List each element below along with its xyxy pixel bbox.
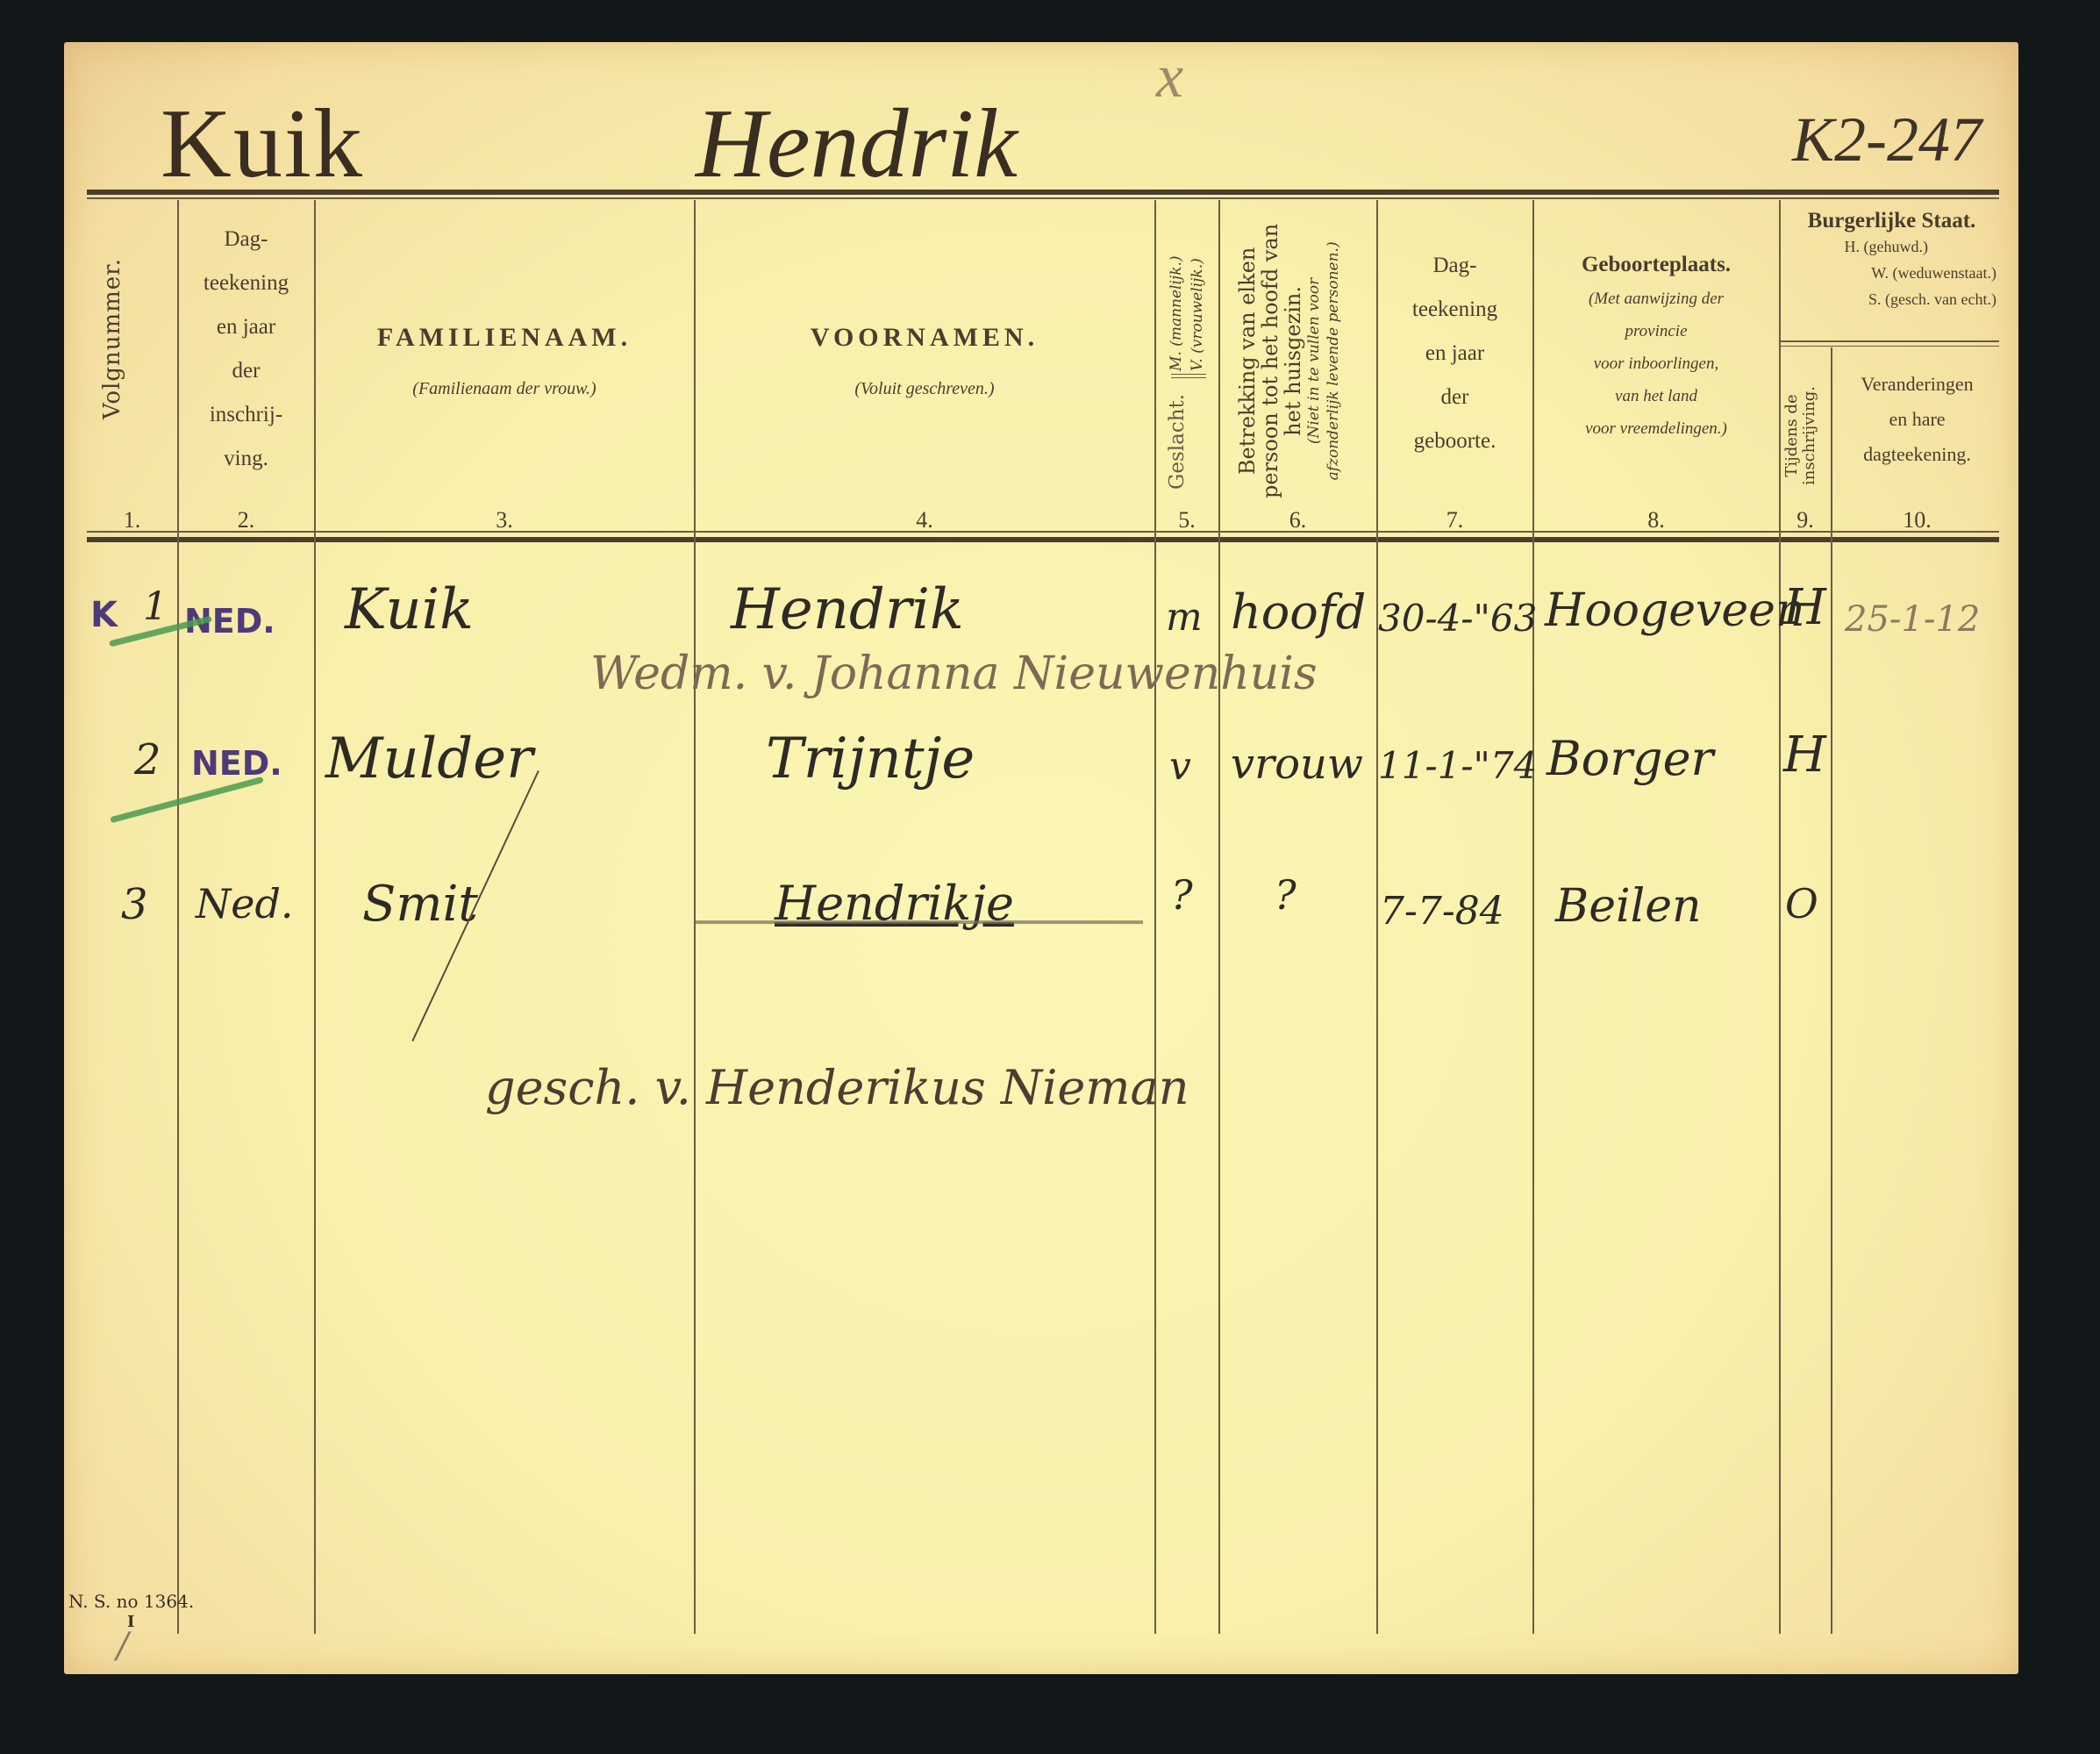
row-geboorteplaats: Beilen bbox=[1555, 880, 1702, 933]
row-geboortedatum: 11-1-"74 bbox=[1378, 744, 1537, 787]
header-top-rule bbox=[87, 190, 1999, 195]
pencil-mark: / bbox=[117, 1626, 128, 1666]
hdr-line: inschrijving. bbox=[1801, 386, 1818, 485]
hdr-line: Betrekking van elken bbox=[1236, 224, 1259, 498]
row-betrekking: hoofd bbox=[1231, 584, 1366, 640]
header-top-rule-thin bbox=[87, 197, 1999, 199]
row-geboorteplaats: Hoogeveen bbox=[1545, 584, 1804, 637]
hdr-sub: (Met aanwijzing der provincie voor inboo… bbox=[1533, 283, 1779, 445]
header-familienaam: FAMILIENAAM. (Familienaam der vrouw.) bbox=[315, 323, 694, 399]
header-voornamen: VOORNAMEN. (Voluit geschreven.) bbox=[695, 323, 1154, 399]
row-betrekking: vrouw bbox=[1231, 740, 1363, 789]
hdr-title: FAMILIENAAM. bbox=[315, 323, 694, 353]
geslacht-rule bbox=[1171, 374, 1206, 375]
row-burgerlijke-staat: H bbox=[1783, 727, 1826, 784]
row-volgnummer: 1 bbox=[143, 584, 168, 629]
col-line-8 bbox=[1779, 200, 1781, 1634]
hdr-line: geboorte. bbox=[1377, 419, 1532, 463]
hdr-sub: (Voluit geschreven.) bbox=[695, 379, 1154, 399]
header-dagteekening-inschrijving: Dag- teekening en jaar der inschrij- vin… bbox=[178, 218, 314, 481]
row-geslacht: ? bbox=[1171, 871, 1193, 919]
row-betrekking: ? bbox=[1275, 871, 1296, 919]
header-dagteekening-geboorte: Dag- teekening en jaar der geboorte. bbox=[1377, 244, 1532, 463]
staat-divider-thin bbox=[1780, 346, 1999, 347]
hdr-sub: (Familienaam der vrouw.) bbox=[315, 379, 694, 399]
hdr-title: Geboorteplaats. bbox=[1533, 253, 1779, 277]
row-voornamen: Trijntje bbox=[766, 727, 975, 791]
staat-h: H. (gehuwd.) bbox=[1780, 233, 1996, 260]
row-familienaam: Kuik bbox=[345, 577, 474, 642]
col-num-9: 9. bbox=[1780, 507, 1831, 533]
header-geslacht-m: M. (mannelijk.) bbox=[1168, 255, 1185, 371]
col-num-5: 5. bbox=[1155, 507, 1218, 533]
header-bottom-rule bbox=[87, 537, 1999, 542]
row-nationality-stamp: NED. bbox=[191, 744, 282, 783]
header-geslacht: Geslacht. bbox=[1166, 394, 1189, 490]
registration-card: Kuik Hendrik x K2-247 Volgnummer. Dag- t… bbox=[64, 42, 2018, 1674]
hdr-sub: (Niet in te vullen voor bbox=[1304, 224, 1324, 498]
hdr-line: ving. bbox=[178, 437, 314, 481]
staat-divider bbox=[1780, 340, 1999, 342]
col-num-2: 2. bbox=[178, 507, 314, 533]
stamp-k: K bbox=[90, 595, 118, 635]
hdr-line: voor inboorlingen, bbox=[1533, 347, 1779, 380]
row-burgerlijke-staat: H bbox=[1783, 579, 1826, 636]
hdr-line: Veranderingen bbox=[1832, 367, 2003, 402]
col-num-4: 4. bbox=[695, 507, 1154, 533]
row-nationality: Ned. bbox=[196, 880, 294, 927]
staat-s: S. (gesch. van echt.) bbox=[1780, 286, 1996, 312]
row-geboorteplaats: Borger bbox=[1546, 731, 1713, 786]
row-burgerlijke-staat: O bbox=[1785, 880, 1818, 927]
hdr-line: dagteekening. bbox=[1832, 437, 2003, 472]
col-line-4 bbox=[1154, 200, 1156, 1634]
row-note-divorced: gesch. v. Henderikus Nieman bbox=[485, 1060, 1189, 1115]
hdr-line: en jaar bbox=[1377, 332, 1532, 376]
row-volgnummer: 3 bbox=[121, 880, 148, 929]
hdr-line: (Met aanwijzing der bbox=[1533, 283, 1779, 315]
col-line-2 bbox=[314, 200, 316, 1634]
hdr-title: Burgerlijke Staat. bbox=[1780, 209, 2004, 233]
header-veranderingen: Veranderingen en hare dagteekening. bbox=[1832, 367, 2003, 472]
hdr-line: en hare bbox=[1832, 402, 2003, 437]
col-num-8: 8. bbox=[1533, 507, 1779, 533]
reference-number: K2-247 bbox=[1792, 104, 1982, 176]
title-first-name: Hendrik bbox=[696, 95, 1018, 193]
hdr-line: Dag- bbox=[1377, 244, 1532, 288]
staat-w: W. (weduwenstaat.) bbox=[1780, 260, 1996, 286]
title-last-name: Kuik bbox=[161, 95, 364, 193]
hdr-line: der bbox=[1377, 376, 1532, 419]
hdr-sub: afzonderlijk levende personen.) bbox=[1324, 224, 1343, 498]
hdr-line: van het land bbox=[1533, 380, 1779, 412]
row-familienaam: Mulder bbox=[325, 727, 533, 791]
hdr-line: der bbox=[178, 349, 314, 393]
header-tijdens-inschrijving: Tijdens de inschrijving. bbox=[1783, 386, 1818, 485]
row-geboortedatum: 7-7-84 bbox=[1380, 889, 1504, 934]
col-line-5 bbox=[1218, 200, 1220, 1634]
hdr-line: teekening bbox=[178, 261, 314, 305]
hdr-line: voor vreemdelingen.) bbox=[1533, 412, 1779, 445]
row-voornamen: Hendrik bbox=[731, 577, 964, 642]
row-familienaam: Smit bbox=[362, 876, 478, 933]
form-number: N. S. no 1364. bbox=[68, 1591, 194, 1612]
hdr-line: persoon tot het hoofd van bbox=[1259, 224, 1282, 498]
header-burgerlijke-staat: Burgerlijke Staat. H. (gehuwd.) W. (wedu… bbox=[1780, 209, 2004, 312]
strike-line bbox=[696, 920, 1143, 924]
header-betrekking: Betrekking van elken persoon tot het hoo… bbox=[1236, 224, 1343, 498]
geslacht-rule-2 bbox=[1171, 377, 1206, 378]
green-check-mark bbox=[110, 777, 264, 823]
col-line-9 bbox=[1831, 347, 1832, 1634]
hdr-line: teekening bbox=[1377, 288, 1532, 332]
hdr-line: inschrij- bbox=[178, 393, 314, 437]
row-note-widower: Wedm. v. Johanna Nieuwenhuis bbox=[590, 648, 1318, 700]
col-num-7: 7. bbox=[1377, 507, 1532, 533]
header-volgnummer: Volgnummer. bbox=[99, 258, 125, 419]
row-geslacht: v bbox=[1169, 744, 1191, 789]
header-geboorteplaats: Geboorteplaats. (Met aanwijzing der prov… bbox=[1533, 253, 1779, 445]
hdr-line: Tijdens de bbox=[1783, 386, 1801, 485]
hdr-line: en jaar bbox=[178, 305, 314, 349]
form-number-text: N. S. no 1364. bbox=[68, 1591, 194, 1612]
header-geslacht-v: V. (vrouwelijk.) bbox=[1189, 258, 1206, 371]
col-line-3 bbox=[694, 200, 696, 1634]
title-mark: x bbox=[1156, 42, 1183, 112]
row-geboortedatum: 30-4-"63 bbox=[1378, 597, 1537, 640]
hdr-line: het huisgezin. bbox=[1282, 224, 1304, 498]
row-volgnummer: 2 bbox=[134, 735, 161, 784]
col-num-10: 10. bbox=[1832, 507, 2003, 533]
row-geslacht: m bbox=[1166, 595, 1203, 640]
col-num-6: 6. bbox=[1219, 507, 1376, 533]
col-num-3: 3. bbox=[315, 507, 694, 533]
hdr-line: provincie bbox=[1533, 315, 1779, 347]
hdr-title: VOORNAMEN. bbox=[695, 323, 1154, 353]
staat-legend: H. (gehuwd.) W. (weduwenstaat.) S. (gesc… bbox=[1780, 233, 2004, 312]
col-num-1: 1. bbox=[87, 507, 177, 533]
row-veranderingen: 25-1-12 bbox=[1845, 599, 1980, 640]
hdr-line: Dag- bbox=[178, 218, 314, 261]
